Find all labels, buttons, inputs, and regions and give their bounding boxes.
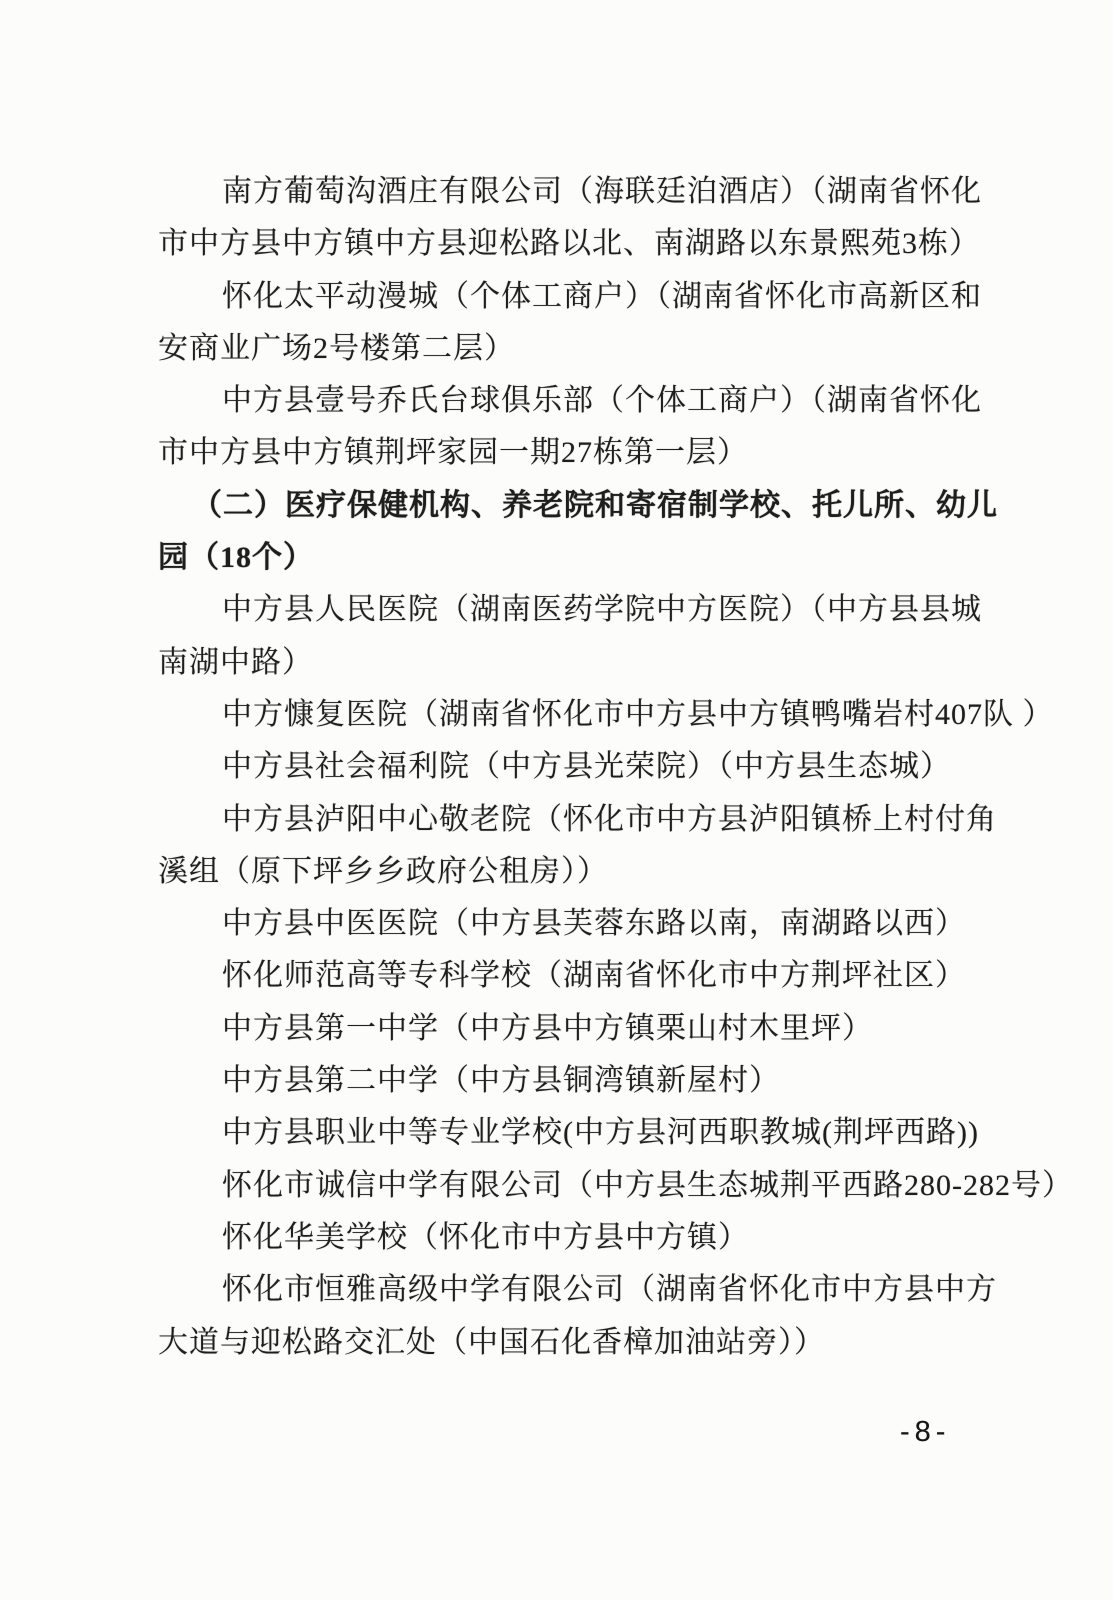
text-line: 怀化华美学校（怀化市中方县中方镇） <box>158 1212 1073 1264</box>
section-heading-line: 园（18个） <box>158 532 1073 584</box>
text-line: 大道与迎松路交汇处（中国石化香樟加油站旁）） <box>158 1317 1073 1369</box>
text-line: 安商业广场2号楼第二层） <box>158 323 1073 375</box>
text-line: 南湖中路） <box>158 637 1073 689</box>
text-line: 中方县第一中学（中方县中方镇栗山村木里坪） <box>158 1003 1073 1055</box>
text-line: 中方县第二中学（中方县铜湾镇新屋村） <box>158 1055 1073 1107</box>
section-heading-line: （二）医疗保健机构、养老院和寄宿制学校、托儿所、幼儿 <box>158 480 1073 532</box>
text-line: 怀化太平动漫城（个体工商户）（湖南省怀化市高新区和 <box>158 271 1073 323</box>
text-line: 怀化市恒雅高级中学有限公司（湖南省怀化市中方县中方 <box>158 1264 1073 1316</box>
text-line: 中方县人民医院（湖南医药学院中方医院）（中方县县城 <box>158 584 1073 636</box>
text-line: 市中方县中方镇荆坪家园一期27栋第一层） <box>158 427 1073 479</box>
text-line: 怀化市诚信中学有限公司（中方县生态城荆平西路280-282号） <box>158 1160 1073 1212</box>
document-body: 南方葡萄沟酒庄有限公司（海联廷泊酒店）（湖南省怀化市中方县中方镇中方县迎松路以北… <box>158 166 1073 1369</box>
text-line: 怀化师范高等专科学校（湖南省怀化市中方荆坪社区） <box>158 950 1073 1002</box>
text-line: 南方葡萄沟酒庄有限公司（海联廷泊酒店）（湖南省怀化 <box>158 166 1073 218</box>
text-line: 溪组（原下坪乡乡政府公租房）） <box>158 846 1073 898</box>
text-line: 中方县中医医院（中方县芙蓉东路以南，南湖路以西） <box>158 898 1073 950</box>
text-line: 中方县职业中等专业学校(中方县河西职教城(荆坪西路)) <box>158 1107 1073 1159</box>
text-line: 中方县壹号乔氏台球俱乐部（个体工商户）（湖南省怀化 <box>158 375 1073 427</box>
text-line: 市中方县中方镇中方县迎松路以北、南湖路以东景熙苑3栋） <box>158 218 1073 270</box>
page-number: -8- <box>900 1406 950 1458</box>
text-line: 中方县泸阳中心敬老院（怀化市中方县泸阳镇桥上村付角 <box>158 794 1073 846</box>
text-line: 中方慷复医院（湖南省怀化市中方县中方镇鸭嘴岩村407队 ） <box>158 689 1073 741</box>
scanned-document-page: 南方葡萄沟酒庄有限公司（海联廷泊酒店）（湖南省怀化市中方县中方镇中方县迎松路以北… <box>0 0 1113 1600</box>
text-line: 中方县社会福利院（中方县光荣院）（中方县生态城） <box>158 741 1073 793</box>
